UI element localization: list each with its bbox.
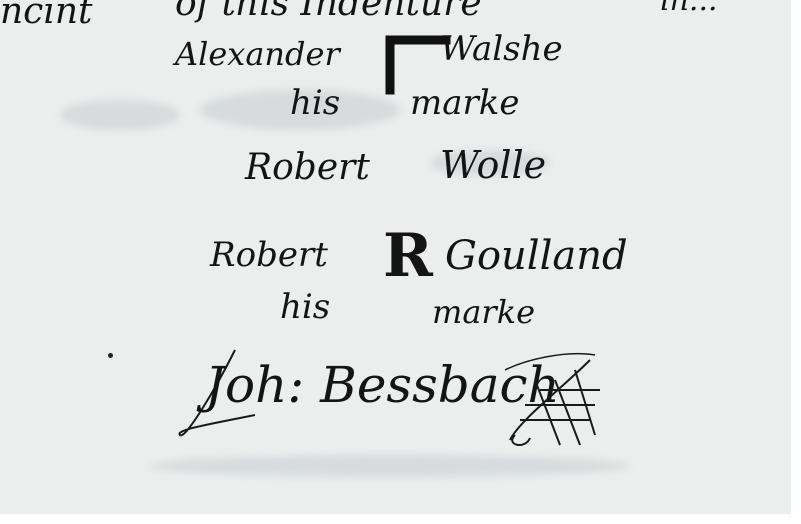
signature-1-his-label: his xyxy=(290,86,340,120)
signature-1-mark-label: marke xyxy=(410,86,520,120)
top-line-right-fragment: in... xyxy=(660,0,718,16)
signature-1-first-name: Alexander xyxy=(175,38,340,70)
signature-3-mark-label: marke xyxy=(432,296,535,328)
top-line-center-fragment: of this Indenture xyxy=(175,0,482,22)
signature-1-last-name: Walshe xyxy=(440,32,563,66)
top-line-left-fragment: ncint xyxy=(0,0,93,30)
signature-3-first-name: Robert xyxy=(210,238,328,272)
signature-3-last-name: Goulland xyxy=(445,236,628,276)
signature-3-his-label: his xyxy=(280,290,330,324)
signature-2-first-name: Robert xyxy=(245,150,370,186)
ink-dot xyxy=(108,353,113,358)
signature-3-mark-glyph: R xyxy=(383,226,433,286)
paraph-flourish-icon xyxy=(500,350,610,450)
paper-stain xyxy=(60,100,180,130)
scan-frame: ncint of this Indenture in... Alexander … xyxy=(0,0,801,524)
manuscript-page: ncint of this Indenture in... Alexander … xyxy=(0,0,791,514)
signature-2-last-name: Wolle xyxy=(440,146,546,184)
